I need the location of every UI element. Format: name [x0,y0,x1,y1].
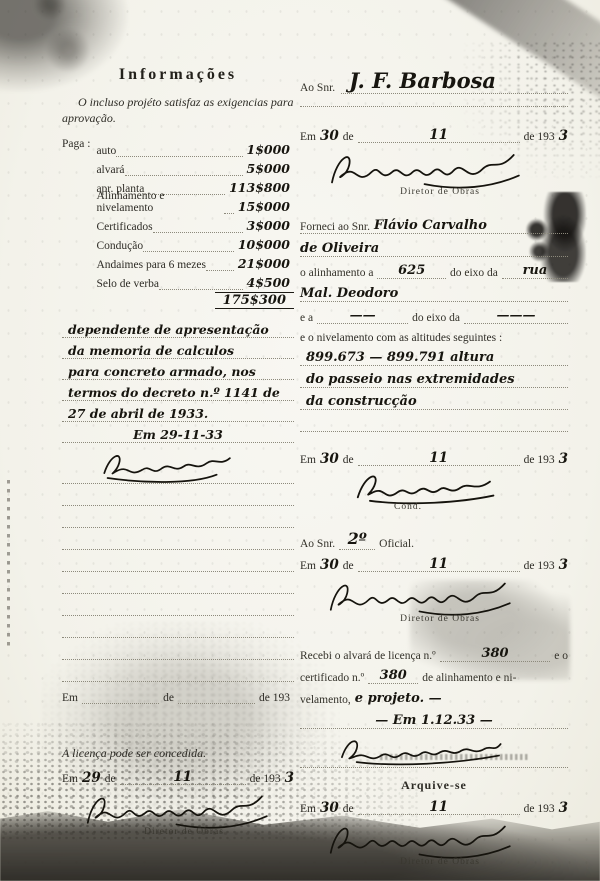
fee-label: Andaimes para 6 mezes [96,259,206,271]
oficial-line: Ao Snr. 2º Oficial. [300,528,568,550]
concession-text: A licença pode ser concedida. [62,746,294,761]
role-label: Cond. [348,502,468,512]
forneci-label: Forneci ao Snr. [300,221,370,233]
date-de-label: de [343,560,354,572]
forneci-line: Forneci ao Snr. Flávio Carvalho [300,211,568,234]
fee-value: 10$000 [234,237,294,252]
signature-scribble [74,785,274,831]
recebi-line: velamento, e projeto. — [300,684,568,706]
fee-total-value: 175$300 [215,292,294,309]
blank-line [62,616,294,638]
signature-scribble [312,143,532,191]
forneci-block: Forneci ao Snr. Flávio Carvalho de Olive… [300,211,568,432]
nivelamento-label: e o nivelamento com as altitudes seguint… [300,324,568,344]
note-line: dependente de apresentação [62,317,294,338]
date-em-label: Em [300,454,316,466]
fold-line-left-edge [7,480,10,650]
date-year-label: de 193 [259,692,290,704]
concession-date-line: Em 29 de 11 de 193 3 [62,763,294,785]
eixo-value: rua [523,263,548,278]
dash-mark: ——— [497,308,536,323]
street-line: Mal. Deodoro [300,279,568,302]
concession-block: A licença pode ser concedida. Em 29 de 1… [62,746,294,837]
date-month: 11 [173,769,192,785]
forneci-line: de Oliveira [300,234,568,257]
addressee-name: J. F. Barbosa [341,68,568,94]
eixo2-line: e a —— do eixo da ——— [300,302,568,324]
blank-line [62,484,294,506]
fee-label: auto [96,145,116,157]
date-year-label: de 193 [524,560,555,572]
eixo2-label: do eixo da [412,312,460,324]
signature-moreira: Diretor de Obras [300,143,568,197]
dash-mark: —— [350,308,376,323]
date-year-digit: 3 [559,802,568,816]
date-day: 29 [82,772,101,786]
signature-flavio [300,729,568,768]
date-year-label: de 193 [524,131,555,143]
date-day: 30 [320,130,339,144]
fee-value: 15$000 [234,199,294,214]
date-em-label: Em [300,803,316,815]
fee-total-row: 175$300 [96,290,294,309]
note-line: 27 de abril de 1933. [62,401,294,422]
fee-row: Alinhamento e nivelamento15$000 [96,195,294,214]
date-de-label: de [105,773,116,785]
e-a-label: e a [300,312,313,324]
fee-value: 113$800 [225,180,294,195]
signature-scribble [312,572,522,618]
ao-snr-label: Ao Snr. [300,82,335,94]
recebi-label: Recebi o alvará de licença n.º [300,650,436,662]
blank-line [62,550,294,572]
fee-value: 3$000 [243,218,295,233]
eixo-label: do eixo da [450,267,498,279]
date-de-label: de [343,454,354,466]
date-month: 11 [429,556,448,572]
fee-row: alvará5$000 [96,157,294,176]
licenca-number: 380 [481,646,508,661]
date-day: 30 [320,802,339,816]
fee-label: alvará [96,164,124,176]
recebi-date-hw: — Em 1.12.33 — [375,713,493,728]
date-month: 11 [429,450,448,466]
date-em-label: Em [300,560,316,572]
fee-row: auto1$000 [96,138,294,157]
role-label: Diretor de Obras [312,614,568,624]
signature-moreira: Diretor de Obras [300,572,568,624]
top-date-line: Em 30 de 11 de 193 3 [300,121,568,143]
role-label: Diretor de Obras [312,857,568,867]
oficial-number: 2º [348,529,367,548]
date-de-label: de [163,692,174,704]
fee-row: Certificados3$000 [96,214,294,233]
blank-line [62,506,294,528]
date-day: 30 [320,559,339,573]
note-line: da memoria de calculos [62,338,294,359]
altitudes-line: 899.673 — 899.791 altura [300,344,568,366]
forneci-name: Flávio Carvalho [374,218,487,233]
intro-text: O incluso projéto satisfaz as exigencias… [62,94,294,126]
fee-schedule: Paga : auto1$000 alvará5$000 apr. planta… [62,138,294,309]
date-em-label: Em [62,692,78,704]
oficial-date-line: Em 30 de 11 de 193 3 [300,550,568,572]
recebi-label: velamento, [300,694,351,706]
date-year-digit: 3 [559,559,568,573]
note-line: para concreto armado, nos [62,359,294,380]
blank-ruled-lines [62,484,294,682]
date-year-digit: 3 [559,130,568,144]
fee-label: Condução [96,240,143,252]
fee-label: Selo de verba [96,278,159,290]
fees-label: Paga : [62,138,90,309]
street-name: Mal. Deodoro [300,286,398,301]
signature-moreira: Diretor de Obras [62,785,294,837]
recebi-line: certificado n.º 380 de alinhamento e ni- [300,662,568,684]
fee-label: Certificados [96,221,152,233]
signature-moreira: Diretor de Obras [300,815,568,867]
addressee-line: Ao Snr. J. F. Barbosa [300,56,568,94]
date-de-label: de [343,803,354,815]
right-column: Ao Snr. J. F. Barbosa Em 30 de 11 de 193… [300,56,568,867]
oficial-label: Oficial. [379,538,414,550]
recebi-annotation: e projeto. — [355,691,442,706]
blank-line [62,594,294,616]
recebi-label: certificado n.º [300,672,364,684]
fee-value: 1$000 [243,142,295,157]
blank-line [62,572,294,594]
handwritten-note: dependente de apresentação da memoria de… [62,317,294,484]
role-label: Diretor de Obras [312,187,568,197]
recebi-date: — Em 1.12.33 — [300,706,568,729]
dotted-leader [125,175,243,176]
recebi-line: Recebi o alvará de licença n.º 380 e o [300,640,568,662]
signature-scribble [80,445,250,483]
note-date: Em 29-11-33 [62,422,294,443]
role-label: Diretor de Obras [74,827,294,837]
dotted-leader [116,156,242,157]
date-em-label: Em [300,131,316,143]
signature-scribble [348,466,498,506]
fee-value: 5$000 [243,161,295,176]
fee-value: 21$000 [234,256,294,271]
section-title: Informações [62,66,294,84]
signature-scribble [312,815,522,861]
alinhamento-value: 625 [398,263,425,278]
date-de-label: de [343,131,354,143]
blank-line [62,638,294,660]
signature-scribble [318,731,518,767]
blank-date-line: Em de de 193 [62,682,294,704]
blank-line [300,410,568,432]
blank-line [62,660,294,682]
signature-joao-macedo [62,443,294,484]
dotted-leader [159,289,242,290]
altitudes-line: da construcção [300,388,568,410]
fee-value: 4$500 [243,275,295,290]
date-year-label: de 193 [524,454,555,466]
recebi-label: e o [554,650,568,662]
fee-row: Selo de verba4$500 [96,271,294,290]
date-month: 11 [429,127,448,143]
recebi-block: Recebi o alvará de licença n.º 380 e o c… [300,640,568,768]
date-year-digit: 3 [285,772,294,786]
cond-date-line: Em 30 de 11 de 193 3 [300,444,568,466]
date-month: 11 [429,799,448,815]
date-day: 30 [320,453,339,467]
alinhamento-line: o alinhamento a 625 do eixo da rua [300,257,568,279]
date-year-label: de 193 [524,803,555,815]
ao-snr-label: Ao Snr. [300,538,335,550]
left-column: Informações O incluso projéto satisfaz a… [62,66,294,837]
scanned-document-page: Informações O incluso projéto satisfaz a… [0,0,600,881]
dotted-leader [153,232,243,233]
date-year-digit: 3 [559,453,568,467]
altitudes-line: do passeio nas extremidades [300,366,568,388]
signature-barbosa: Cond. [300,466,568,512]
dotted-leader [143,251,234,252]
dotted-leader [224,213,234,214]
note-line: termos do decreto n.º 1141 de [62,380,294,401]
blank-line [62,528,294,550]
alinhamento-label: o alinhamento a [300,267,373,279]
fee-row: Condução10$000 [96,233,294,252]
blank-line [300,94,568,107]
date-em-label: Em [62,773,78,785]
certificado-number: 380 [380,668,407,683]
dotted-leader [206,270,234,271]
recebi-label: de alinhamento e ni- [422,672,516,684]
date-year-label: de 193 [250,773,281,785]
arquive-date-line: Em 30 de 11 de 193 3 [300,793,568,815]
forneci-name-2: de Oliveira [300,241,379,256]
arquivese-label: Arquive-se [300,778,568,793]
fee-row: Andaimes para 6 mezes21$000 [96,252,294,271]
fee-label: Alinhamento e nivelamento [96,190,223,214]
